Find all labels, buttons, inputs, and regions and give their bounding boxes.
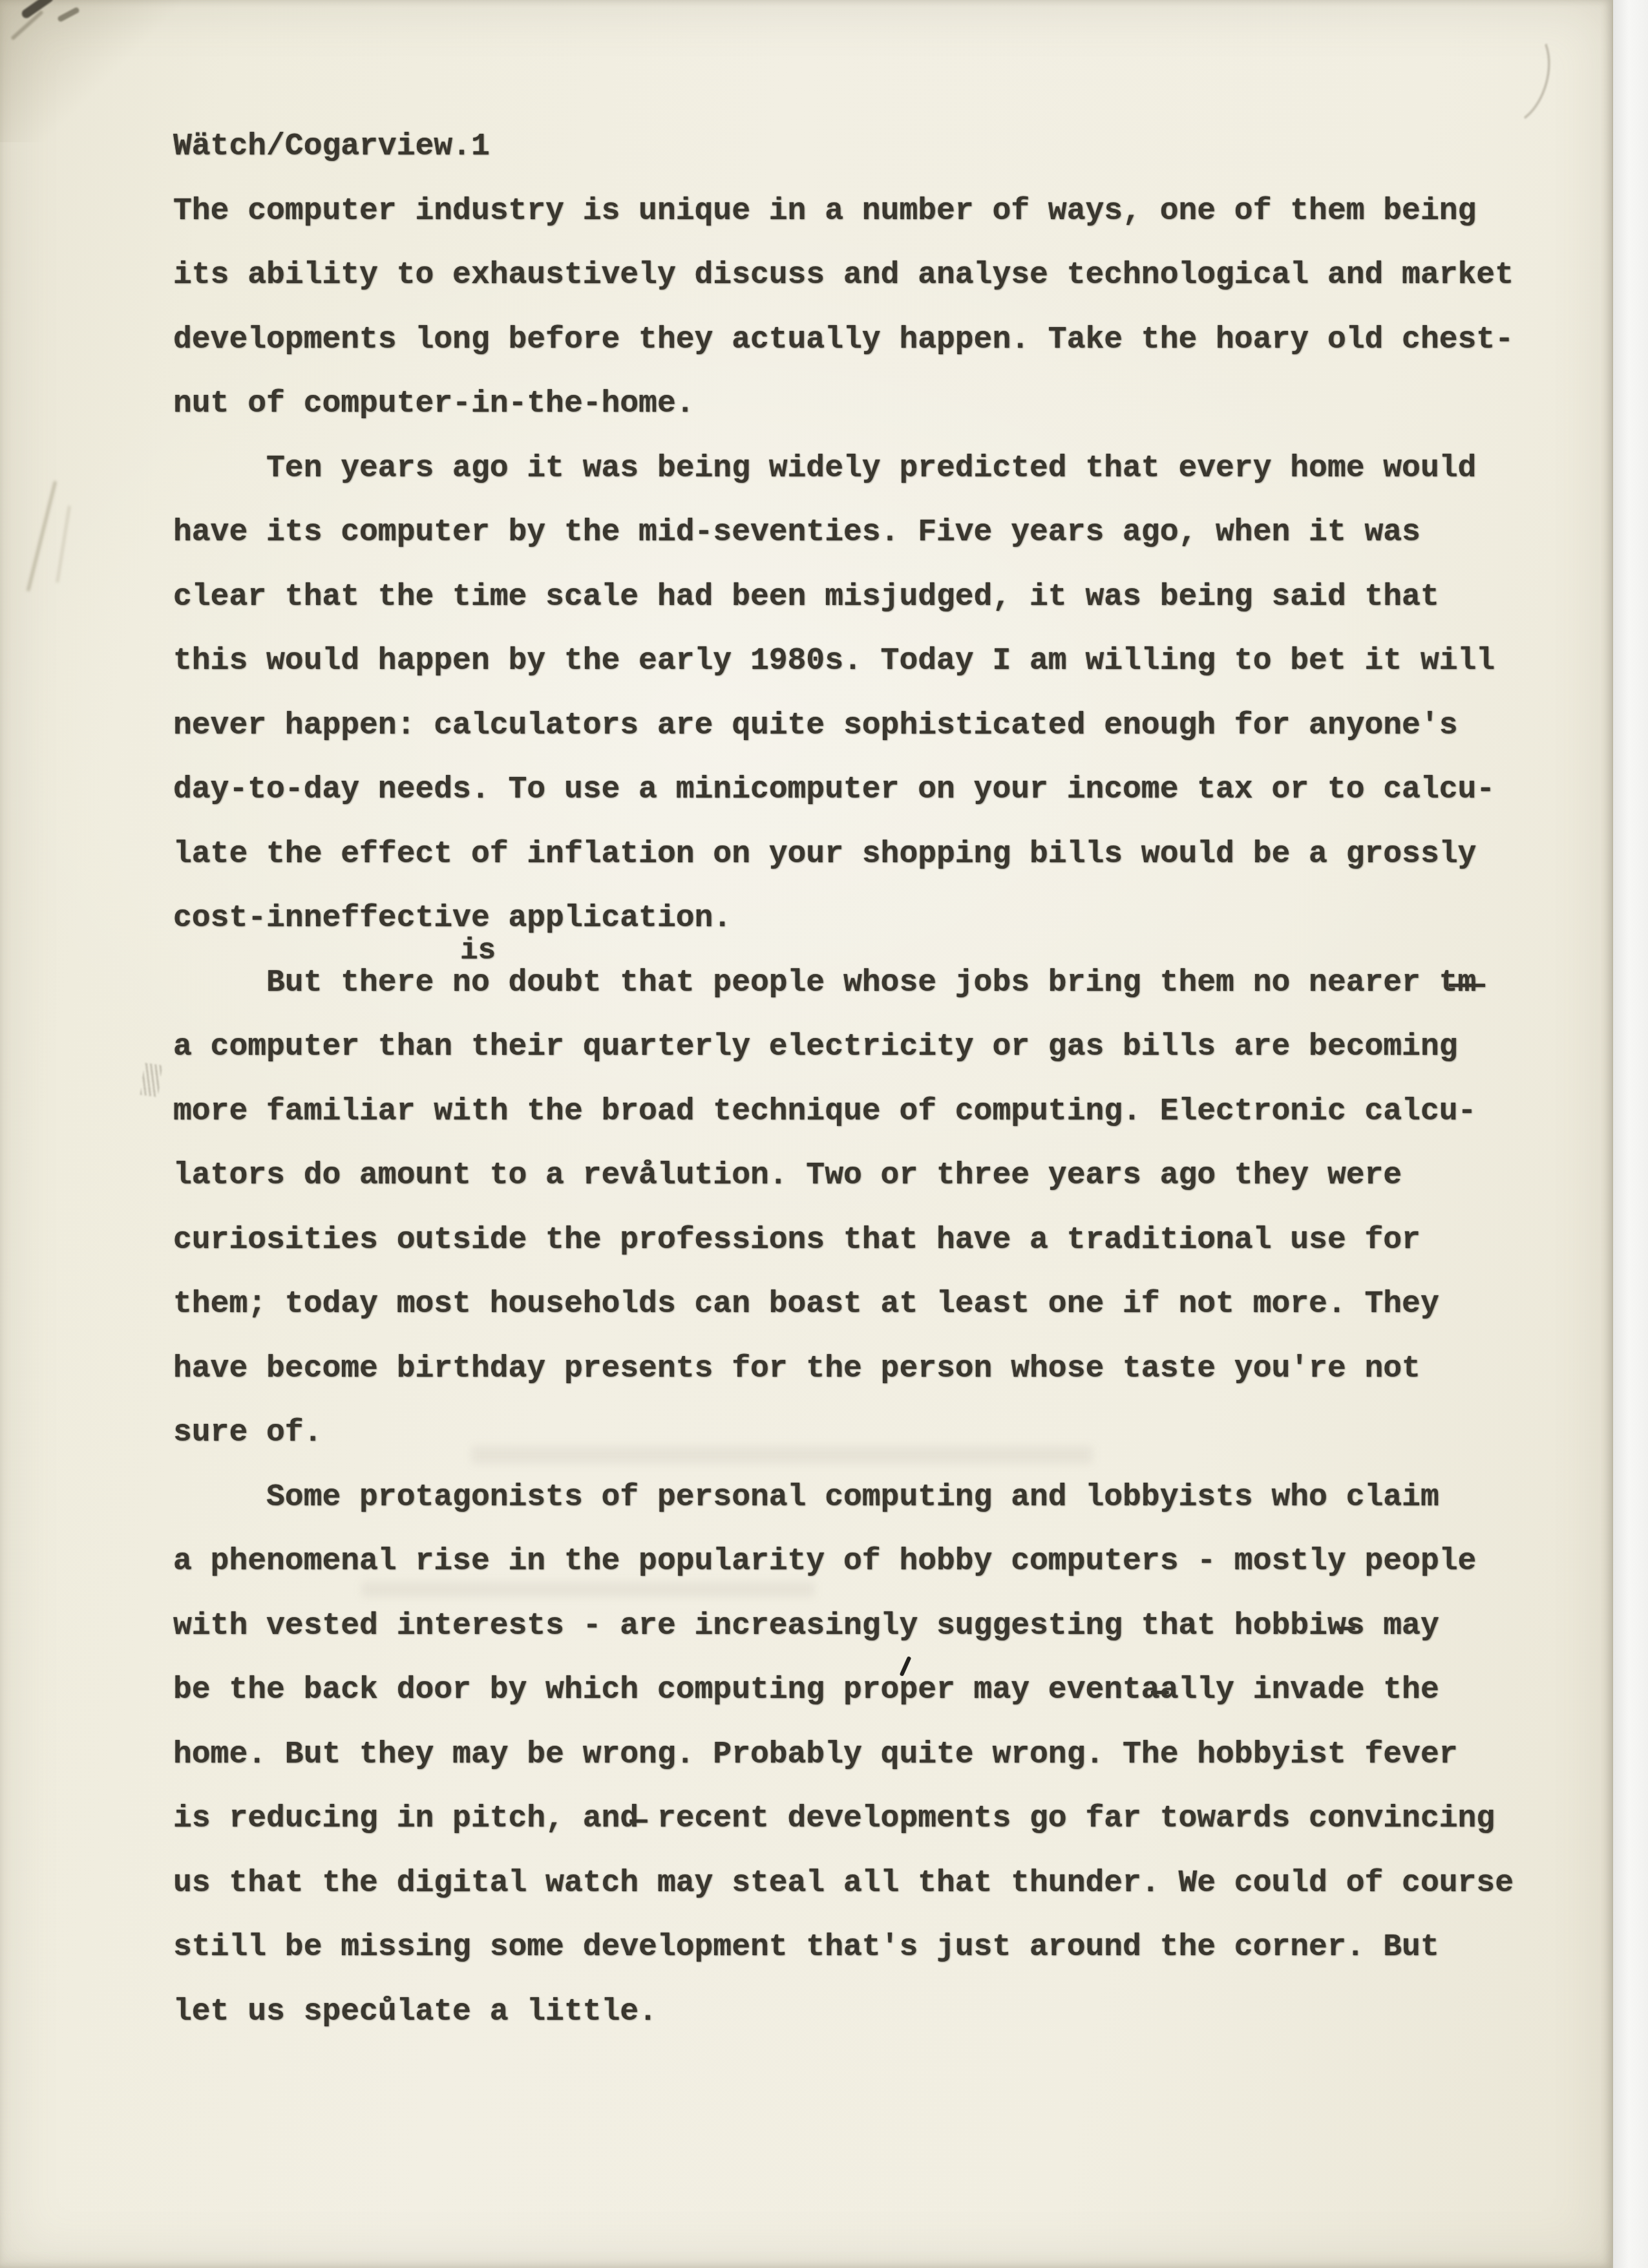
text-line: day-to-day needs. To use a minicomputer … [173, 758, 1589, 823]
text-line: nut of computer-in-the-home. [173, 372, 1589, 437]
text-line: is reducing in pitch, and̶ recent develo… [173, 1787, 1589, 1852]
text-line: have its computer by the mid-seventies. … [173, 501, 1589, 566]
text-line: have become birthday presents for the pe… [173, 1337, 1589, 1402]
typewritten-text: Wätch/Cogarview.1The computer industry i… [173, 115, 1589, 2044]
text-line: cost-inneffective application. [173, 887, 1589, 951]
document-slug-line: Wätch/Cogarview.1 [173, 115, 1589, 180]
text-line: curiosities outside the professions that… [173, 1209, 1589, 1273]
text-line: this would happen by the early 1980s. To… [173, 630, 1589, 694]
text-line: its ability to exhaustively discuss and … [173, 244, 1589, 308]
text-line: more familiar with the broad technique o… [173, 1080, 1589, 1145]
scanner-background [1613, 0, 1648, 2268]
text-line: But there no doubt that people whose job… [173, 951, 1589, 1016]
paper-sheet: Wätch/Cogarview.1The computer industry i… [0, 0, 1613, 2268]
text-line: them; today most households can boast at… [173, 1273, 1589, 1337]
text-line: sure of. [173, 1401, 1589, 1466]
text-line: a computer than their quarterly electric… [173, 1015, 1589, 1080]
text-line: us that the digital watch may steal all … [173, 1852, 1589, 1916]
text-line: still be missing some development that's… [173, 1916, 1589, 1980]
scanned-page: Wätch/Cogarview.1The computer industry i… [0, 0, 1648, 2268]
text-line: Ten years ago it was being widely predic… [173, 437, 1589, 502]
text-line: be the back door by which computing prop… [173, 1659, 1589, 1723]
text-line: Some protagonists of personal computing … [173, 1466, 1589, 1531]
text-line: developments long before they actually h… [173, 308, 1589, 373]
text-line: clear that the time scale had been misju… [173, 566, 1589, 630]
corner-fold-shading [0, 0, 181, 142]
text-line: with vested interests - are increasingly… [173, 1595, 1589, 1659]
text-line: The computer industry is unique in a num… [173, 180, 1589, 244]
text-line: home. But they may be wrong. Probably qu… [173, 1723, 1589, 1788]
text-line: a phenomenal rise in the popularity of h… [173, 1530, 1589, 1595]
paper-scratch [56, 505, 71, 582]
margin-smudge [140, 1063, 163, 1097]
text-line: lators do amount to a revålution. Two or… [173, 1144, 1589, 1209]
text-line: let us specůlate a little. [173, 1980, 1589, 2045]
text-line: never happen: calculators are quite soph… [173, 694, 1589, 759]
paper-scratch [26, 481, 57, 591]
text-line: late the effect of inflation on your sho… [173, 823, 1589, 887]
inserted-word-above-line: is [460, 935, 538, 967]
